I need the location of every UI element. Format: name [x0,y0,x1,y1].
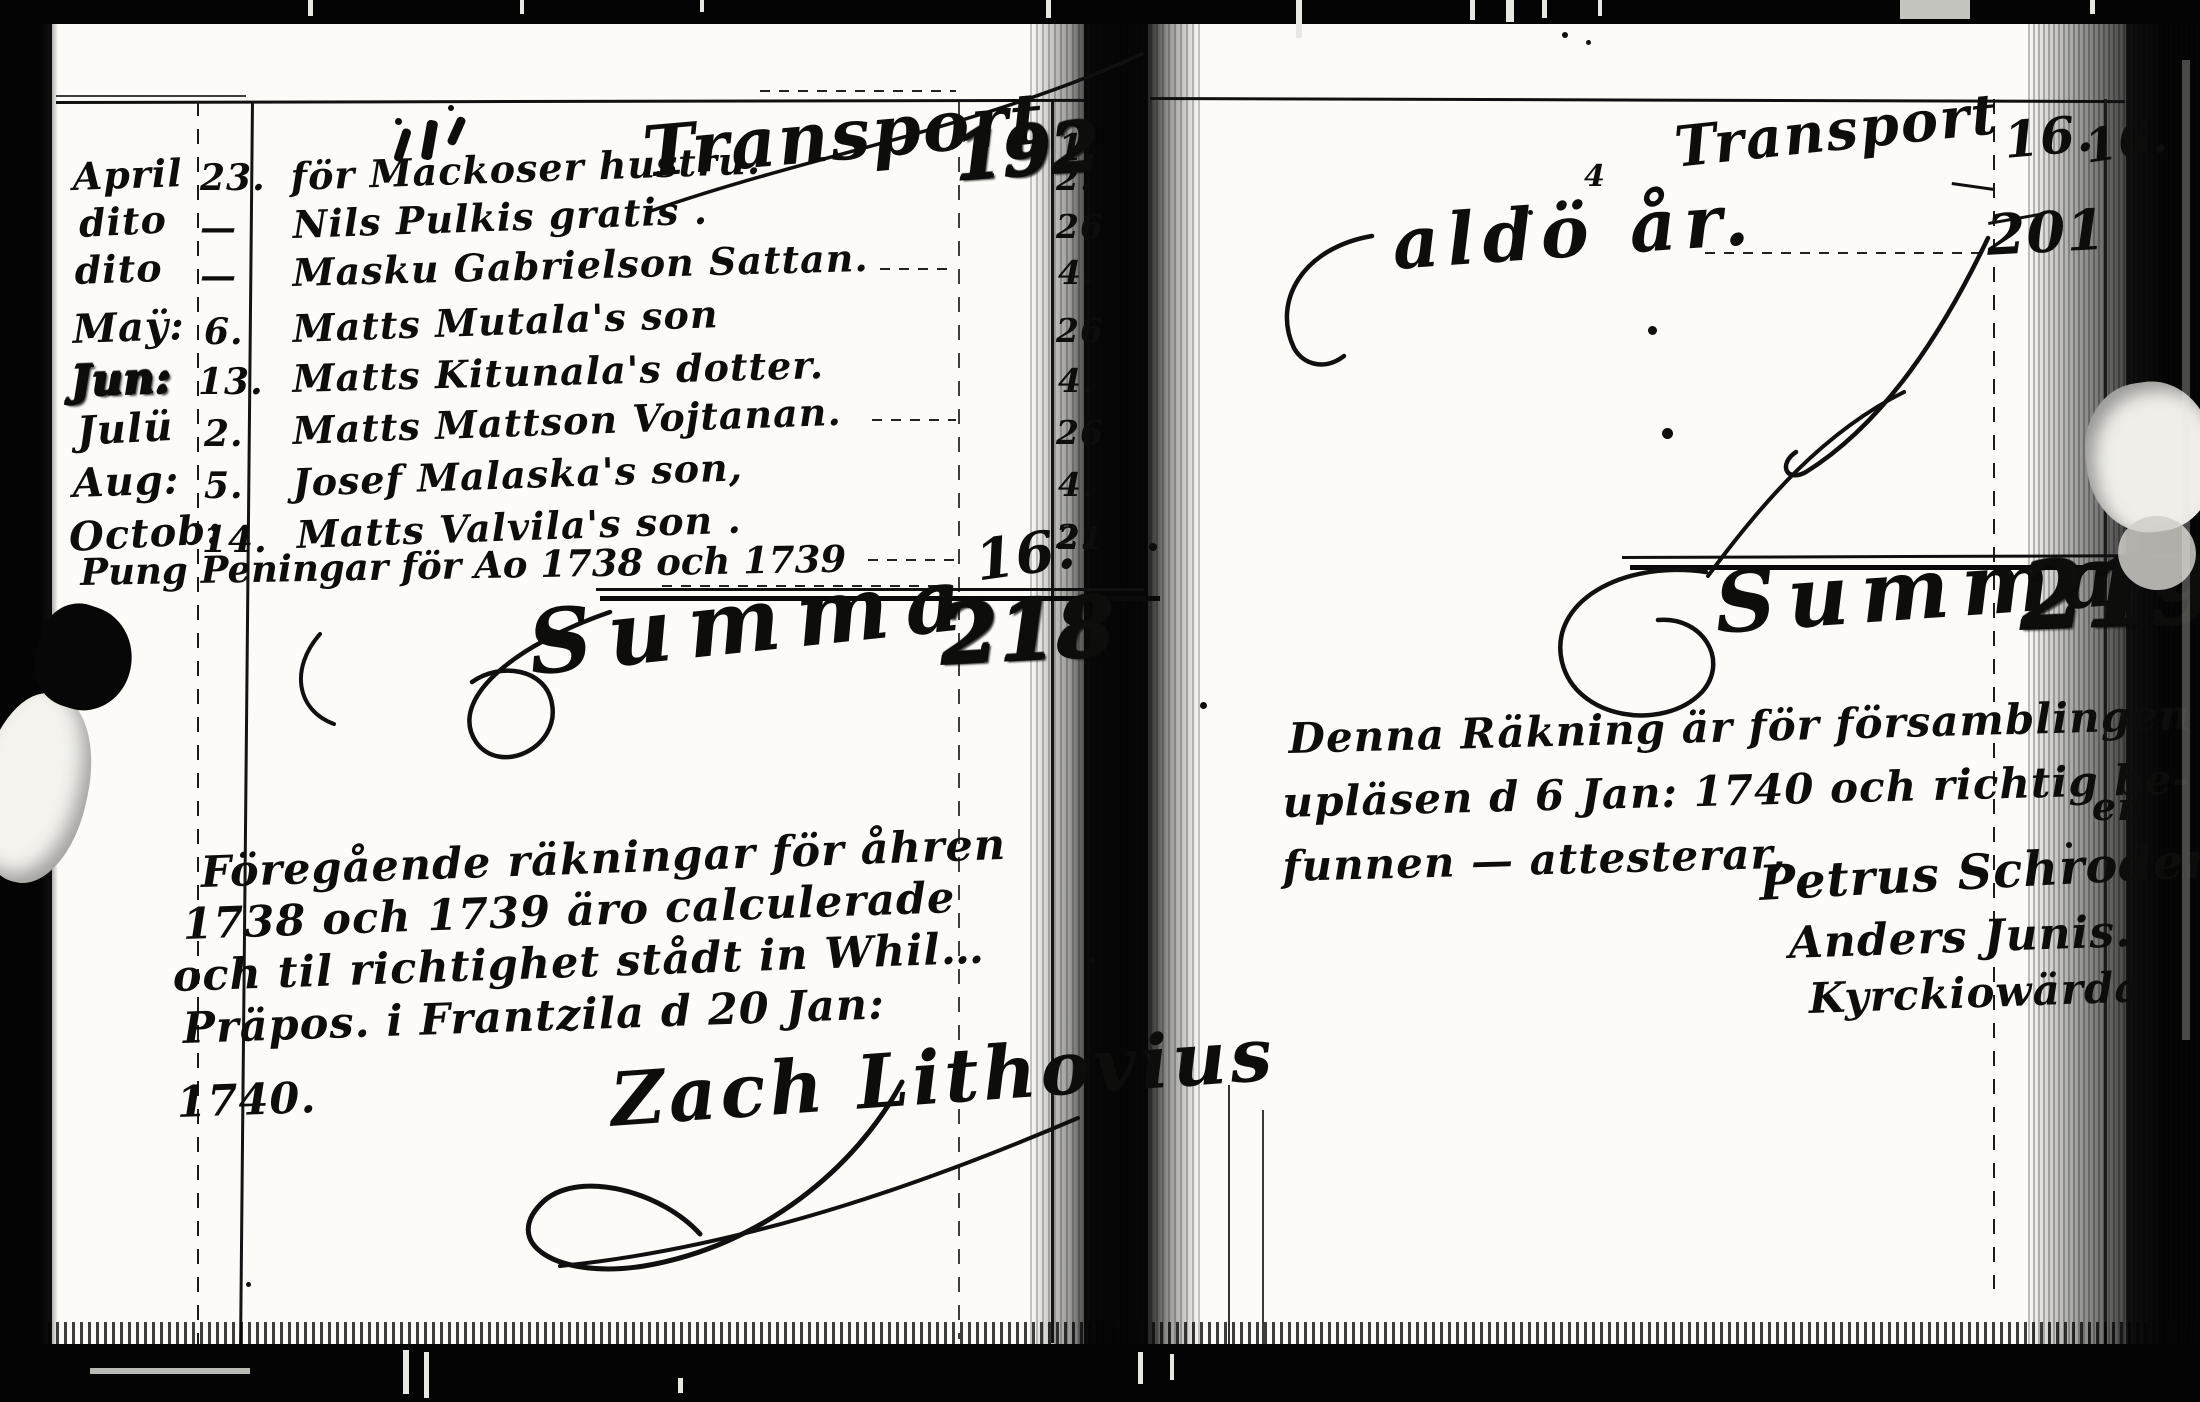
scan-streak [678,1378,683,1393]
row-amount: 26 [1056,210,1104,243]
left-note-line: 1740. [176,1077,317,1125]
scan-streak [1046,0,1051,18]
right-note-fragment: en [2092,788,2146,826]
row-day: 5. [204,468,244,504]
right-big-swash [1786,238,1988,475]
right-signature-line: Anders Junis. [1788,910,2132,966]
right-signature-line: Kyrckiowärda [1808,966,2143,1020]
ink-speck [1586,40,1591,45]
row-month: dito [78,200,168,243]
row-amount: 4. [1058,256,1094,289]
ink-speck [1562,32,1568,38]
ink-speck [246,1282,251,1287]
scan-streak [2182,60,2190,1040]
row-month: Jun: [70,356,172,401]
row-month: dito [74,249,163,290]
scan-streak [308,0,313,16]
row-day: 23. [200,160,266,196]
scan-streak [520,0,524,14]
ink-speck [1200,702,1207,709]
scan-streak [1506,0,1514,22]
totals-gutter-amount: 21 [1058,524,1103,555]
right-open-paren-flourish [1287,236,1372,364]
right-transport-amount-2: 16. [2082,112,2171,169]
ink-speck [1662,428,1673,439]
ink-speck [1648,326,1657,335]
left-summa-open-arc [301,634,334,724]
row-amount: 4. [1058,468,1094,501]
ink-speck [395,118,402,125]
scan-streak [90,1368,250,1374]
right-note-line: funnen — attesterar, [1282,833,1787,888]
right-caption-mark: 4 [1584,162,1606,192]
row-day: 2. [204,416,244,452]
row-day: 13. [198,364,264,400]
scan-streak [1296,0,1302,38]
row-month: Julü [76,407,174,452]
row-day: — [200,258,237,294]
scan-streak [1542,0,1547,18]
ink-speck [448,105,454,111]
right-summa-spiral [1560,570,1713,715]
top-scan-band [0,0,2200,24]
row-month: Aug: [72,460,180,504]
scan-streak [700,0,704,12]
manuscript-scan: Transport 192 1. April 23. för Mackoser … [0,0,2200,1402]
scan-streak [424,1352,429,1398]
ink-speck [1090,958,1095,963]
bottom-scan-band [0,1344,2200,1402]
row-amount: 26 [1056,416,1104,449]
scan-streak [1900,0,1970,19]
left-summa-amount: 218 [938,585,1116,676]
scan-streak [1138,1352,1143,1384]
row-amount: 26 [1056,314,1104,347]
right-transport-amount-1: 16. [2002,108,2096,166]
row-month: April [72,154,183,196]
scan-streak [1170,1354,1174,1380]
right-caption-amount: 201 [1985,202,2108,264]
scan-streak [1598,0,1602,16]
scan-streak [1470,0,1475,20]
row-amount: 4. [1058,364,1094,397]
scan-streak [403,1350,409,1394]
row-day: 6. [204,314,244,350]
row-month: Maÿ: [72,306,186,350]
ink-speck [1149,543,1157,551]
row-amount: 2. [1056,162,1092,195]
scan-streak [2090,0,2095,14]
row-day: — [200,210,237,246]
